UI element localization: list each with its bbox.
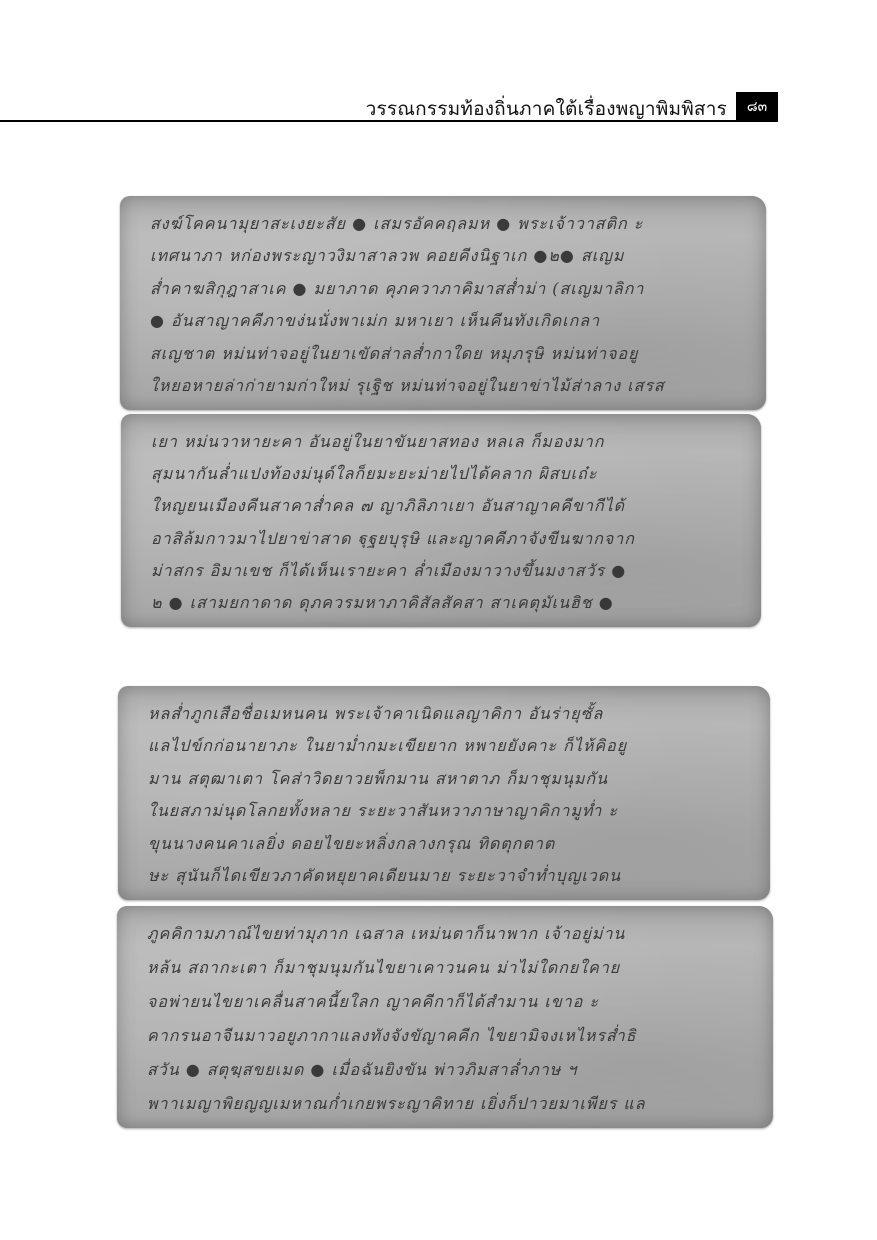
manuscript-line: ม่าสกร อิมาเขช ก็ได้เห็นเรายะคา ล่ำเมือง… bbox=[151, 557, 739, 585]
manuscript-line: อาสิล้มกาวมาไปยาข่าสาด ฐุฐยบุรุษิ และญาค… bbox=[151, 525, 739, 553]
manuscript-line: เทศนาภา หก่องพระญาวงิมาสาลวพ คอยคีงนิฐาเ… bbox=[150, 242, 744, 270]
manuscript-line: หล้น สถากะเตา ก็มาชุมนุมกันไขยาเคาวนคน ม… bbox=[147, 954, 751, 982]
page-header: วรรณกรรมท้องถิ่นภาคใต้เรื่องพญาพิมพิสาร … bbox=[0, 88, 877, 128]
manuscript-line: สงฆ์โคคนามุยาสะเงยะสัย ● เสมรอัคคฤลมห ● … bbox=[150, 210, 744, 238]
manuscript-line: ษะ สุนันก็ไดเขียวภาคัดหยุยาคเดียนมาย ระย… bbox=[148, 862, 748, 890]
manuscript-line: เยา หม่นวาหายะคา อันอยู่ในยาขันยาสทอง หล… bbox=[151, 428, 739, 456]
manuscript-leaf-4: ภูคคิกามภาณ์ไขยท่ามุภาก เฉสาล เหม่นตาก็น… bbox=[117, 906, 773, 1128]
manuscript-line: หลส่ำภูกเสือชื่อเมหนคน พระเจ้าคาเนิดแลญา… bbox=[148, 700, 748, 728]
manuscript-leaf-1: สงฆ์โคคนามุยาสะเงยะสัย ● เสมรอัคคฤลมห ● … bbox=[120, 196, 766, 410]
manuscript-line: ใหญยนเมืองคีนสาคาส่ำคล ๗ ญาภิลิภาเยา อัน… bbox=[151, 492, 739, 520]
manuscript-line: ๒ ● เสามยกาดาด ดุภควรมหาภาคิสัลสัคสา สาเ… bbox=[151, 589, 739, 617]
manuscript-line: จอพ่ายนไขยาเคลื่นสาคนี้ยใลก ญาคคีกาก็ได้… bbox=[147, 988, 751, 1016]
manuscript-line: ภูคคิกามภาณ์ไขยท่ามุภาก เฉสาล เหม่นตาก็น… bbox=[147, 920, 751, 948]
manuscript-line: ส่ำคาฆสิกุฎาสาเค ● มยาภาด คุภควาภาคิมาสส… bbox=[150, 275, 744, 303]
header-rule bbox=[0, 120, 738, 122]
manuscript-line: คากรนอาจีนมาวอยูภากาแลงทังจังขัญาคคีก ไข… bbox=[147, 1022, 751, 1050]
manuscript-leaf-3: หลส่ำภูกเสือชื่อเมหนคน พระเจ้าคาเนิดแลญา… bbox=[118, 686, 770, 900]
manuscript-line: สเญชาต หม่นท่าจอยู่ในยาเขัดส่าลส่ำกาใดย … bbox=[150, 340, 744, 368]
manuscript-line: สุมนากันล่ำแปงท้องม่นุด์ใลก็ยมะยะม่ายไปไ… bbox=[151, 460, 739, 488]
manuscript-line: แลไปข์กก่อนายาภะ ในยาม่ำกมะเขียยาก หพายย… bbox=[148, 732, 748, 760]
manuscript-leaf-2: เยา หม่นวาหายะคา อันอยู่ในยาขันยาสทอง หล… bbox=[121, 414, 761, 627]
manuscript-line: พาาเมญาพิยญญเมหาณก่ำเกยพระญาคิทาย เยิ่งก… bbox=[147, 1090, 751, 1118]
manuscript-line: สวัน ● สตุฆฺสขยเมด ● เมื่อฉันยิงขัน พ่าว… bbox=[147, 1056, 751, 1084]
manuscript-line: ในยสภาม่นุดโลกยทั้งหลาย ระยะวาสันหวาภาษา… bbox=[148, 797, 748, 825]
manuscript-line: มาน สตุฒาเตา โคส่าวิดยาวยพ็กมาน สหาตาภ ก… bbox=[148, 765, 748, 793]
page-number: ๘๓ bbox=[736, 92, 778, 122]
manuscript-line: ขุนนางคนคาเลยิ่ง ดอยไขยะหลิ่งกลางกรุณ ทิ… bbox=[148, 830, 748, 858]
manuscript-line: ● อันสาญาคคีภาขง่นนั่งพาเม่ก มหาเยา เห็น… bbox=[150, 307, 744, 335]
manuscript-line: ใหยอหายล่าก่ายามก่าใหม่ รุเฐิช หม่นท่าจอ… bbox=[150, 372, 744, 400]
